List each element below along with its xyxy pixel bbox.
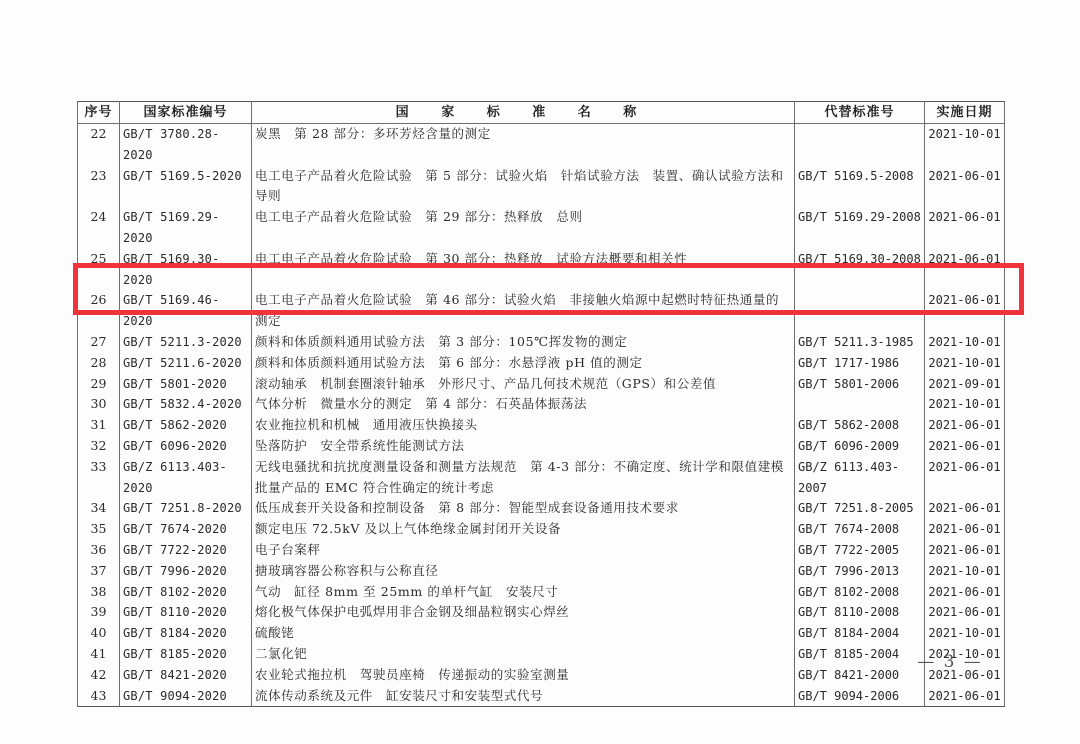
cell-replaced: GB/T 7674-2008 (795, 519, 925, 540)
cell-seq: 38 (78, 582, 120, 603)
cell-name: 炭黑 第 28 部分：多环芳烃含量的测定 (252, 124, 795, 166)
header-seq: 序号 (78, 102, 120, 124)
cell-replaced: GB/T 5801-2006 (795, 374, 925, 395)
cell-replaced: GB/T 9094-2006 (795, 686, 925, 707)
cell-seq: 27 (78, 332, 120, 353)
cell-replaced: GB/T 7251.8-2005 (795, 498, 925, 519)
cell-date: 2021-06-01 (925, 457, 1005, 499)
cell-date: 2021-06-01 (925, 582, 1005, 603)
cell-name: 无线电骚扰和抗扰度测量设备和测量方法规范 第 4-3 部分：不确定度、统计学和限… (252, 457, 795, 499)
cell-replaced: GB/T 7722-2005 (795, 540, 925, 561)
cell-seq: 26 (78, 290, 120, 332)
table-row: 26GB/T 5169.46-2020电工电子产品着火危险试验 第 46 部分：… (78, 290, 1005, 332)
table-header-row: 序号 国家标准编号 国 家 标 准 名 称 代替标准号 实施日期 (78, 102, 1005, 124)
cell-date: 2021-06-01 (925, 498, 1005, 519)
cell-code: GB/T 5169.30-2020 (120, 249, 252, 291)
cell-seq: 30 (78, 394, 120, 415)
table-row: 24GB/T 5169.29-2020电工电子产品着火危险试验 第 29 部分：… (78, 207, 1005, 249)
cell-name: 熔化极气体保护电弧焊用非合金钢及细晶粒钢实心焊丝 (252, 602, 795, 623)
cell-replaced: GB/T 5862-2008 (795, 415, 925, 436)
cell-date: 2021-06-01 (925, 166, 1005, 208)
cell-replaced: GB/T 8110-2008 (795, 602, 925, 623)
cell-replaced (795, 124, 925, 166)
cell-replaced: GB/T 8102-2008 (795, 582, 925, 603)
header-code: 国家标准编号 (120, 102, 252, 124)
table-row: 28GB/T 5211.6-2020颜料和体质颜料通用试验方法 第 6 部分：水… (78, 353, 1005, 374)
cell-name: 颜料和体质颜料通用试验方法 第 3 部分：105℃挥发物的测定 (252, 332, 795, 353)
document-page: 序号 国家标准编号 国 家 标 准 名 称 代替标准号 实施日期 22GB/T … (0, 0, 1080, 744)
cell-code: GB/T 5801-2020 (120, 374, 252, 395)
cell-replaced: GB/T 8421-2000 (795, 665, 925, 686)
cell-name: 颜料和体质颜料通用试验方法 第 6 部分：水悬浮液 pH 值的测定 (252, 353, 795, 374)
cell-name: 电工电子产品着火危险试验 第 30 部分：热释放 试验方法概要和相关性 (252, 249, 795, 291)
cell-seq: 25 (78, 249, 120, 291)
table-row: 42GB/T 8421-2020农业轮式拖拉机 驾驶员座椅 传递振动的实验室测量… (78, 665, 1005, 686)
cell-date: 2021-10-01 (925, 623, 1005, 644)
cell-seq: 33 (78, 457, 120, 499)
cell-seq: 37 (78, 561, 120, 582)
cell-code: GB/T 7251.8-2020 (120, 498, 252, 519)
table-row: 37GB/T 7996-2020搪玻璃容器公称容积与公称直径GB/T 7996-… (78, 561, 1005, 582)
cell-name: 电工电子产品着火危险试验 第 29 部分：热释放 总则 (252, 207, 795, 249)
cell-date: 2021-10-01 (925, 353, 1005, 374)
cell-name: 二氯化钯 (252, 644, 795, 665)
cell-name: 搪玻璃容器公称容积与公称直径 (252, 561, 795, 582)
cell-name: 气体分析 微量水分的测定 第 4 部分：石英晶体振荡法 (252, 394, 795, 415)
table-row: 39GB/T 8110-2020熔化极气体保护电弧焊用非合金钢及细晶粒钢实心焊丝… (78, 602, 1005, 623)
cell-seq: 43 (78, 686, 120, 707)
cell-code: GB/T 6096-2020 (120, 436, 252, 457)
cell-code: GB/T 8102-2020 (120, 582, 252, 603)
cell-seq: 28 (78, 353, 120, 374)
cell-name: 农业拖拉机和机械 通用液压快换接头 (252, 415, 795, 436)
cell-date: 2021-06-01 (925, 436, 1005, 457)
cell-code: GB/T 5862-2020 (120, 415, 252, 436)
cell-replaced: GB/T 5211.3-1985 (795, 332, 925, 353)
cell-name: 流体传动系统及元件 缸安装尺寸和安装型式代号 (252, 686, 795, 707)
cell-name: 滚动轴承 机制套圈滚针轴承 外形尺寸、产品几何技术规范（GPS）和公差值 (252, 374, 795, 395)
cell-name: 农业轮式拖拉机 驾驶员座椅 传递振动的实验室测量 (252, 665, 795, 686)
cell-replaced: GB/T 8184-2004 (795, 623, 925, 644)
header-name: 国 家 标 准 名 称 (252, 102, 795, 124)
cell-name: 额定电压 72.5kV 及以上气体绝缘金属封闭开关设备 (252, 519, 795, 540)
cell-code: GB/T 8184-2020 (120, 623, 252, 644)
cell-date: 2021-06-01 (925, 207, 1005, 249)
cell-seq: 23 (78, 166, 120, 208)
table-row: 33GB/Z 6113.403-2020无线电骚扰和抗扰度测量设备和测量方法规范… (78, 457, 1005, 499)
cell-seq: 24 (78, 207, 120, 249)
cell-code: GB/T 8110-2020 (120, 602, 252, 623)
cell-code: GB/T 7722-2020 (120, 540, 252, 561)
table-row: 43GB/T 9094-2020流体传动系统及元件 缸安装尺寸和安装型式代号GB… (78, 686, 1005, 707)
table-row: 27GB/T 5211.3-2020颜料和体质颜料通用试验方法 第 3 部分：1… (78, 332, 1005, 353)
cell-seq: 36 (78, 540, 120, 561)
cell-name: 硫酸铑 (252, 623, 795, 644)
table-row: 34GB/T 7251.8-2020低压成套开关设备和控制设备 第 8 部分：智… (78, 498, 1005, 519)
cell-code: GB/T 7674-2020 (120, 519, 252, 540)
cell-date: 2021-10-01 (925, 124, 1005, 166)
table-row: 29GB/T 5801-2020滚动轴承 机制套圈滚针轴承 外形尺寸、产品几何技… (78, 374, 1005, 395)
cell-date: 2021-06-01 (925, 540, 1005, 561)
cell-name: 电工电子产品着火危险试验 第 46 部分：试验火焰 非接触火焰源中起燃时特征热通… (252, 290, 795, 332)
cell-date: 2021-06-01 (925, 415, 1005, 436)
cell-replaced (795, 394, 925, 415)
cell-seq: 29 (78, 374, 120, 395)
cell-code: GB/T 9094-2020 (120, 686, 252, 707)
cell-seq: 34 (78, 498, 120, 519)
cell-date: 2021-10-01 (925, 332, 1005, 353)
cell-code: GB/T 3780.28-2020 (120, 124, 252, 166)
table-row: 23GB/T 5169.5-2020电工电子产品着火危险试验 第 5 部分：试验… (78, 166, 1005, 208)
cell-name: 气动 缸径 8mm 至 25mm 的单杆气缸 安装尺寸 (252, 582, 795, 603)
cell-date: 2021-06-01 (925, 602, 1005, 623)
cell-code: GB/T 5211.6-2020 (120, 353, 252, 374)
cell-code: GB/T 5832.4-2020 (120, 394, 252, 415)
cell-replaced: GB/T 5169.5-2008 (795, 166, 925, 208)
cell-code: GB/T 8185-2020 (120, 644, 252, 665)
cell-replaced: GB/T 7996-2013 (795, 561, 925, 582)
cell-code: GB/T 8421-2020 (120, 665, 252, 686)
table-row: 22GB/T 3780.28-2020炭黑 第 28 部分：多环芳烃含量的测定2… (78, 124, 1005, 166)
cell-seq: 39 (78, 602, 120, 623)
table-row: 30GB/T 5832.4-2020气体分析 微量水分的测定 第 4 部分：石英… (78, 394, 1005, 415)
cell-replaced: GB/Z 6113.403-2007 (795, 457, 925, 499)
cell-date: 2021-06-01 (925, 686, 1005, 707)
cell-date: 2021-06-01 (925, 249, 1005, 291)
cell-code: GB/Z 6113.403-2020 (120, 457, 252, 499)
cell-code: GB/T 5211.3-2020 (120, 332, 252, 353)
header-date: 实施日期 (925, 102, 1005, 124)
cell-seq: 35 (78, 519, 120, 540)
cell-date: 2021-06-01 (925, 290, 1005, 332)
cell-code: GB/T 5169.5-2020 (120, 166, 252, 208)
cell-replaced: GB/T 1717-1986 (795, 353, 925, 374)
table-row: 31GB/T 5862-2020农业拖拉机和机械 通用液压快换接头GB/T 58… (78, 415, 1005, 436)
cell-date: 2021-09-01 (925, 374, 1005, 395)
table-body: 22GB/T 3780.28-2020炭黑 第 28 部分：多环芳烃含量的测定2… (78, 124, 1005, 707)
cell-date: 2021-06-01 (925, 519, 1005, 540)
cell-name: 电子台案秤 (252, 540, 795, 561)
cell-replaced: GB/T 6096-2009 (795, 436, 925, 457)
cell-seq: 22 (78, 124, 120, 166)
table-row: 36GB/T 7722-2020电子台案秤GB/T 7722-20052021-… (78, 540, 1005, 561)
cell-replaced (795, 290, 925, 332)
cell-name: 低压成套开关设备和控制设备 第 8 部分：智能型成套设备通用技术要求 (252, 498, 795, 519)
cell-name: 电工电子产品着火危险试验 第 5 部分：试验火焰 针焰试验方法 装置、确认试验方… (252, 166, 795, 208)
cell-seq: 32 (78, 436, 120, 457)
cell-seq: 31 (78, 415, 120, 436)
cell-date: 2021-10-01 (925, 561, 1005, 582)
table-row: 41GB/T 8185-2020二氯化钯GB/T 8185-20042021-1… (78, 644, 1005, 665)
cell-code: GB/T 7996-2020 (120, 561, 252, 582)
table-row: 40GB/T 8184-2020硫酸铑GB/T 8184-20042021-10… (78, 623, 1005, 644)
cell-replaced: GB/T 5169.30-2008 (795, 249, 925, 291)
header-replaced: 代替标准号 (795, 102, 925, 124)
page-number: — 3 — (910, 652, 990, 672)
cell-code: GB/T 5169.46-2020 (120, 290, 252, 332)
cell-seq: 41 (78, 644, 120, 665)
cell-name: 坠落防护 安全带系统性能测试方法 (252, 436, 795, 457)
cell-seq: 42 (78, 665, 120, 686)
cell-replaced: GB/T 5169.29-2008 (795, 207, 925, 249)
table-row: 32GB/T 6096-2020坠落防护 安全带系统性能测试方法GB/T 609… (78, 436, 1005, 457)
cell-code: GB/T 5169.29-2020 (120, 207, 252, 249)
standards-table: 序号 国家标准编号 国 家 标 准 名 称 代替标准号 实施日期 22GB/T … (77, 101, 1005, 707)
cell-seq: 40 (78, 623, 120, 644)
table-row: 25GB/T 5169.30-2020电工电子产品着火危险试验 第 30 部分：… (78, 249, 1005, 291)
cell-replaced: GB/T 8185-2004 (795, 644, 925, 665)
cell-date: 2021-10-01 (925, 394, 1005, 415)
table-row: 38GB/T 8102-2020气动 缸径 8mm 至 25mm 的单杆气缸 安… (78, 582, 1005, 603)
table-row: 35GB/T 7674-2020额定电压 72.5kV 及以上气体绝缘金属封闭开… (78, 519, 1005, 540)
